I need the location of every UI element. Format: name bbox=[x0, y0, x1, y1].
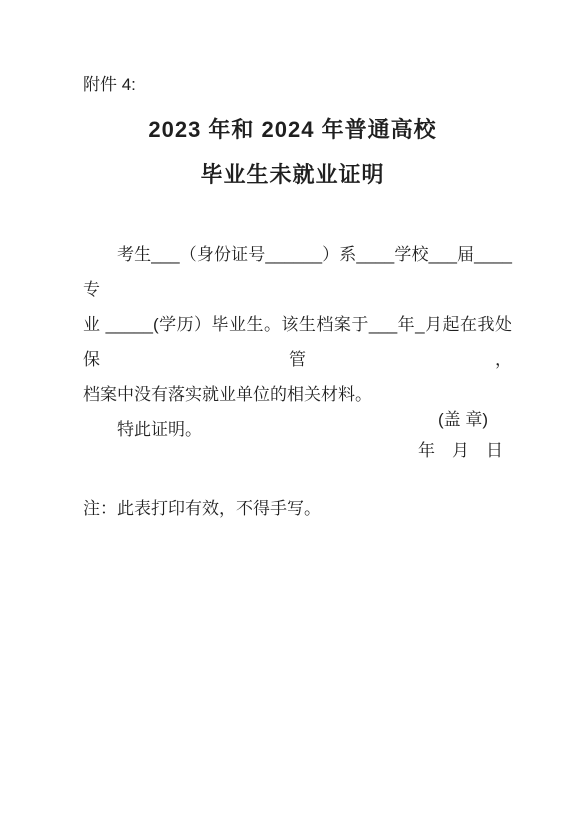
body-line-2: 业 _____(学历）毕业生。该生档案于___年_月起在我处保管， bbox=[83, 307, 512, 377]
seal-label: (盖 章) bbox=[83, 404, 512, 435]
document-page: 附件 4: 2023 年和 2024 年普通高校 毕业生未就业证明 考生___（… bbox=[0, 0, 585, 833]
document-title: 2023 年和 2024 年普通高校 毕业生未就业证明 bbox=[0, 107, 585, 197]
date-line: 年 月 日 bbox=[83, 435, 512, 466]
body-line-1: 考生___（身份证号______）系____学校___届____专 bbox=[83, 237, 512, 307]
document-title-line2: 毕业生未就业证明 bbox=[0, 152, 585, 197]
document-title-line1: 2023 年和 2024 年普通高校 bbox=[0, 107, 585, 152]
note-line: 注：此表打印有效，不得手写。 bbox=[83, 498, 321, 520]
signature-block: (盖 章) 年 月 日 bbox=[83, 404, 512, 466]
attachment-label: 附件 4: bbox=[83, 74, 136, 96]
